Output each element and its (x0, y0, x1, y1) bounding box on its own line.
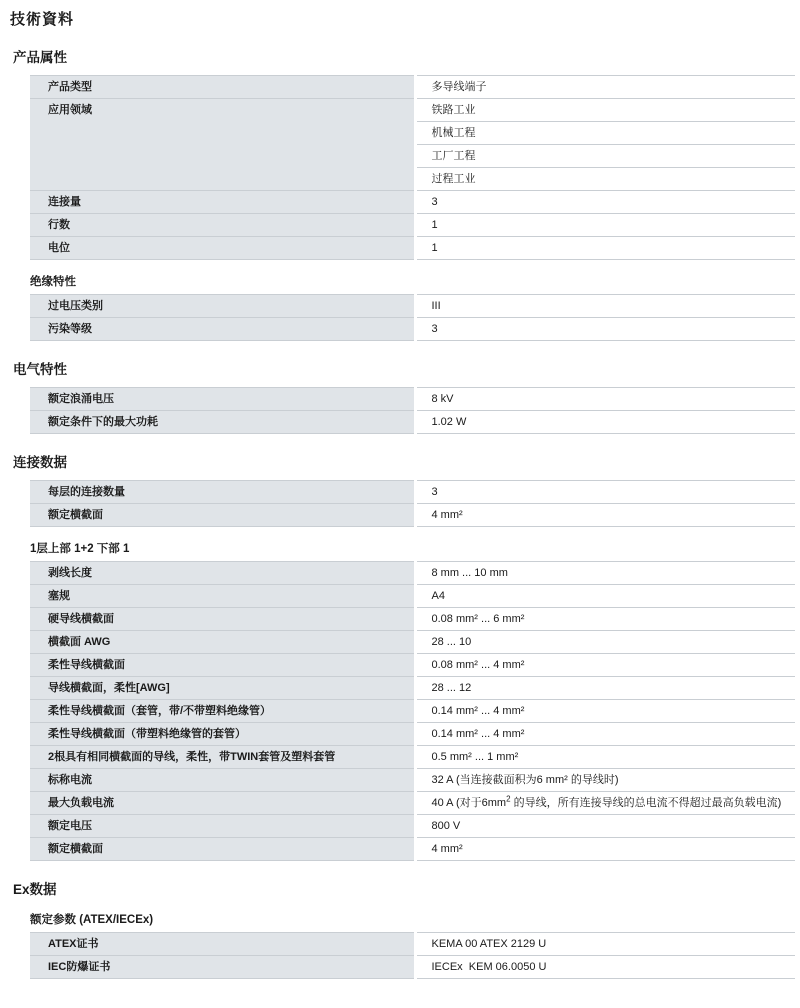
property-label: 污染等级 (30, 318, 415, 341)
property-label: 产品类型 (30, 76, 415, 99)
property-label: 额定条件下的最大功耗 (30, 411, 415, 434)
section-header: 1层上部 1+2 下部 1 (30, 540, 800, 556)
property-label: 行数 (30, 214, 415, 237)
property-value: 4 mm² (415, 838, 795, 861)
value-text: 的导线，所有连接导线的总电流不得超过最高负载电流) (511, 797, 782, 809)
property-value: 1.02 W (415, 411, 795, 434)
page-title: 技術資料 (10, 8, 800, 29)
property-value: 3 (415, 318, 795, 341)
spec-table: 产品类型多导线端子应用领域铁路工业机械工程工厂工程过程工业连接量3行数1电位1 (30, 75, 795, 260)
table-row: 硬导线横截面0.08 mm² ... 6 mm² (30, 608, 795, 631)
property-label: 横截面 AWG (30, 631, 415, 654)
table-row: IEC防爆证书IECEx KEM 06.0050 U (30, 956, 795, 979)
spec-table: 额定浪涌电压8 kV额定条件下的最大功耗1.02 W (30, 387, 795, 434)
property-value: 过程工业 (415, 168, 795, 191)
property-value: 工厂工程 (415, 145, 795, 168)
property-label: 塞规 (30, 585, 415, 608)
property-label: 硬导线横截面 (30, 608, 415, 631)
table-row: 标称电流32 A (当连接截面积为6 mm² 的导线时) (30, 769, 795, 792)
property-value: 0.08 mm² ... 6 mm² (415, 608, 795, 631)
spec-table: 剥线长度8 mm ... 10 mm塞规A4硬导线横截面0.08 mm² ...… (30, 561, 795, 861)
spec-table: 每层的连接数量3额定横截面4 mm² (30, 480, 795, 527)
table-row: 2根具有相同横截面的导线，柔性，带TWIN套管及塑料套管0.5 mm² ... … (30, 746, 795, 769)
property-value: 4 mm² (415, 504, 795, 527)
property-value: III (415, 295, 795, 318)
table-row: 柔性导线横截面（带塑料绝缘管的套管）0.14 mm² ... 4 mm² (30, 723, 795, 746)
property-label: 柔性导线横截面（套管，带/不带塑料绝缘管） (30, 700, 415, 723)
table-row: 额定横截面4 mm² (30, 838, 795, 861)
table-row: 电位1 (30, 237, 795, 260)
property-label: 额定电压 (30, 815, 415, 838)
table-row: 每层的连接数量3 (30, 481, 795, 504)
datasheet-page: 技術資料 产品属性产品类型多导线端子应用领域铁路工业机械工程工厂工程过程工业连接… (0, 8, 800, 1008)
section-header: 绝缘特性 (30, 273, 800, 289)
property-value: 28 ... 10 (415, 631, 795, 654)
property-value: 1 (415, 214, 795, 237)
value-text: 40 A (对于6mm (432, 797, 507, 809)
table-row: 额定电压800 V (30, 815, 795, 838)
table-row: 横截面 AWG28 ... 10 (30, 631, 795, 654)
section-header: 额定参数 (ATEX/IECEx) (30, 911, 800, 927)
property-value: 800 V (415, 815, 795, 838)
property-value: 1 (415, 237, 795, 260)
property-value: 8 mm ... 10 mm (415, 562, 795, 585)
spec-table: 过电压类别III污染等级3 (30, 294, 795, 341)
table-row: 剥线长度8 mm ... 10 mm (30, 562, 795, 585)
property-value: 机械工程 (415, 122, 795, 145)
table-row: 行数1 (30, 214, 795, 237)
property-value: 0.5 mm² ... 1 mm² (415, 746, 795, 769)
table-row: 导线横截面，柔性[AWG]28 ... 12 (30, 677, 795, 700)
section-header: 产品属性 (13, 46, 800, 66)
table-row: 应用领域铁路工业 (30, 99, 795, 122)
section-header: Ex数据 (13, 878, 800, 898)
property-value: 8 kV (415, 388, 795, 411)
table-row: 塞规A4 (30, 585, 795, 608)
table-row: 柔性导线横截面0.08 mm² ... 4 mm² (30, 654, 795, 677)
property-label: 应用领域 (30, 99, 415, 191)
property-value: 40 A (对于6mm2 的导线，所有连接导线的总电流不得超过最高负载电流) (415, 792, 795, 815)
property-value: KEMA 00 ATEX 2129 U (415, 933, 795, 956)
property-value: 3 (415, 481, 795, 504)
table-row: 额定横截面4 mm² (30, 504, 795, 527)
property-value: 28 ... 12 (415, 677, 795, 700)
section-header: 电气特性 (13, 358, 800, 378)
property-label: 连接量 (30, 191, 415, 214)
property-value: A4 (415, 585, 795, 608)
property-value: 铁路工业 (415, 99, 795, 122)
table-row: 连接量3 (30, 191, 795, 214)
property-value: 0.08 mm² ... 4 mm² (415, 654, 795, 677)
table-row: 过电压类别III (30, 295, 795, 318)
section-header: 连接数据 (13, 451, 800, 471)
property-value: IECEx KEM 06.0050 U (415, 956, 795, 979)
spec-sections: 产品属性产品类型多导线端子应用领域铁路工业机械工程工厂工程过程工业连接量3行数1… (0, 46, 800, 979)
table-row: ATEX证书KEMA 00 ATEX 2129 U (30, 933, 795, 956)
table-row: 额定条件下的最大功耗1.02 W (30, 411, 795, 434)
spec-table: ATEX证书KEMA 00 ATEX 2129 UIEC防爆证书IECEx KE… (30, 932, 795, 979)
property-value: 0.14 mm² ... 4 mm² (415, 723, 795, 746)
property-label: 额定浪涌电压 (30, 388, 415, 411)
table-row: 污染等级3 (30, 318, 795, 341)
property-label: 最大负载电流 (30, 792, 415, 815)
property-value: 0.14 mm² ... 4 mm² (415, 700, 795, 723)
table-row: 产品类型多导线端子 (30, 76, 795, 99)
property-label: 柔性导线横截面 (30, 654, 415, 677)
table-row: 柔性导线横截面（套管，带/不带塑料绝缘管）0.14 mm² ... 4 mm² (30, 700, 795, 723)
property-label: 导线横截面，柔性[AWG] (30, 677, 415, 700)
property-label: IEC防爆证书 (30, 956, 415, 979)
property-label: 额定横截面 (30, 504, 415, 527)
property-value: 32 A (当连接截面积为6 mm² 的导线时) (415, 769, 795, 792)
property-label: 电位 (30, 237, 415, 260)
property-value: 3 (415, 191, 795, 214)
property-label: 标称电流 (30, 769, 415, 792)
property-label: 额定横截面 (30, 838, 415, 861)
property-label: 过电压类别 (30, 295, 415, 318)
property-label: 每层的连接数量 (30, 481, 415, 504)
property-label: 柔性导线横截面（带塑料绝缘管的套管） (30, 723, 415, 746)
property-label: 剥线长度 (30, 562, 415, 585)
property-label: ATEX证书 (30, 933, 415, 956)
property-value: 多导线端子 (415, 76, 795, 99)
property-label: 2根具有相同横截面的导线，柔性，带TWIN套管及塑料套管 (30, 746, 415, 769)
table-row: 额定浪涌电压8 kV (30, 388, 795, 411)
table-row: 最大负载电流40 A (对于6mm2 的导线，所有连接导线的总电流不得超过最高负… (30, 792, 795, 815)
